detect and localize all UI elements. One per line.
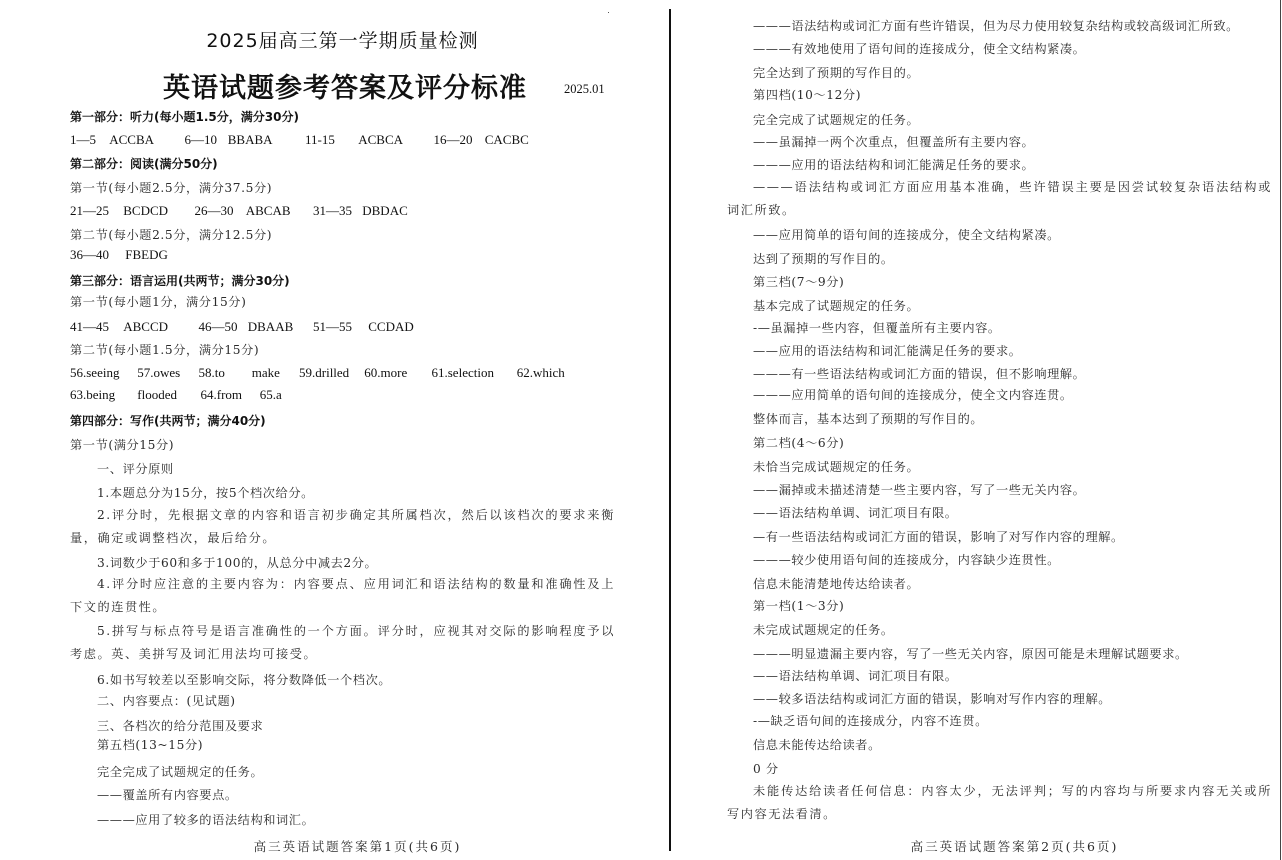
part2-heading: 第二部分：阅读(满分50分)	[70, 156, 218, 172]
grade5-item: ———应用了较多的语法结构和词汇。	[97, 812, 314, 828]
grades-heading: 三、各档次的给分范围及要求	[97, 718, 263, 734]
grade1-item: -—缺乏语句间的连接成分，内容不连贯。	[753, 713, 988, 729]
grade4-item: ———语法结构或词汇方面应用基本准确，些许错误主要是因尝试较复杂语法结构或词汇所…	[727, 176, 1272, 222]
part3-section2-answers-row1: 56.seeing 57.owes 58.to make 59.drilled …	[70, 365, 565, 381]
grade2-item: —有一些语法结构或词汇方面的错误，影响了对写作内容的理解。	[753, 529, 1124, 545]
page-divider	[669, 9, 671, 851]
rule-3: 3.词数少于60和多于100的，从总分中减去2分。	[97, 555, 377, 571]
part2-section1: 第一节(每小题2.5分，满分37.5分)	[70, 180, 272, 196]
grade3-item: ——应用的语法结构和词汇能满足任务的要求。	[753, 343, 1022, 359]
grade0-desc: 未能传达给读者任何信息：内容太少，无法评判；写的内容均与所要求内容无关或所写内容…	[727, 780, 1272, 826]
grade3-item: ———有一些语法结构或词汇方面的错误，但不影响理解。	[753, 366, 1085, 382]
grade4-item: ——虽漏掉一两个次重点，但覆盖所有主要内容。	[753, 134, 1034, 150]
part4-section1: 第一节(满分15分)	[70, 437, 174, 453]
part3-section2: 第二节(每小题1.5分，满分15分)	[70, 342, 259, 358]
page-footer: 高三英语试题答案第1页(共6页)	[70, 837, 645, 855]
grade2-item: 未恰当完成试题规定的任务。	[753, 459, 919, 475]
grade2-item: ——语法结构单调、词汇项目有限。	[753, 505, 958, 521]
grade4-title: 第四档(10～12分)	[753, 87, 861, 103]
grade5-item: ——覆盖所有内容要点。	[97, 787, 238, 803]
grade4-item: 达到了预期的写作目的。	[753, 251, 894, 267]
grade3-item: 整体而言，基本达到了预期的写作目的。	[753, 411, 983, 427]
grade2-title: 第二档(4～6分)	[753, 435, 844, 451]
part3-heading: 第三部分：语言运用(共两节；满分30分)	[70, 273, 290, 289]
part3-section2-answers-row2: 63.being flooded 64.from 65.a	[70, 387, 282, 403]
grade1-item: ——语法结构单调、词汇项目有限。	[753, 668, 958, 684]
exam-title: 2025届高三第一学期质量检测	[70, 26, 615, 53]
scan-artifact	[608, 12, 609, 13]
part2-section1-answers: 21—25 BCDCD 26—30 ABCAB 31—35 DBDAC	[70, 203, 408, 219]
rule-5: 5.拼写与标点符号是语言准确性的一个方面。评分时，应视其对交际的影响程度予以考虑…	[70, 620, 615, 666]
part4-heading: 第四部分：写作(共两节；满分40分)	[70, 413, 266, 429]
grade3-item: -—虽漏掉一些内容，但覆盖所有主要内容。	[753, 320, 1001, 336]
principles-heading: 一、评分原则	[97, 461, 174, 477]
grade5-item: 完全达到了预期的写作目的。	[753, 65, 919, 81]
page-1: 2025届高三第一学期质量检测 英语试题参考答案及评分标准 2025.01 第一…	[70, 0, 615, 860]
part2-section2-answers: 36—40 FBEDG	[70, 247, 168, 263]
grade4-item: 完全完成了试题规定的任务。	[753, 112, 919, 128]
page-footer: 高三英语试题答案第2页(共6页)	[727, 837, 1282, 855]
grade1-item: 未完成试题规定的任务。	[753, 622, 894, 638]
grade5-item: 完全完成了试题规定的任务。	[97, 764, 263, 780]
grade5-title: 第五档(13~15分)	[97, 737, 203, 753]
grade2-item: ———较少使用语句间的连接成分，内容缺少连贯性。	[753, 552, 1060, 568]
grade2-item: ——漏掉或未描述清楚一些主要内容，写了一些无关内容。	[753, 482, 1085, 498]
grade1-item: ———明显遗漏主要内容，写了一些无关内容，原因可能是未理解试题要求。	[753, 646, 1188, 662]
grade3-item: ———应用简单的语句间的连接成分，使全文内容连贯。	[753, 387, 1073, 403]
grade5-item: ———语法结构或词汇方面有些许错误，但为尽力使用较复杂结构或较高级词汇所致。	[753, 18, 1239, 34]
grade3-item: 基本完成了试题规定的任务。	[753, 298, 919, 314]
part2-section2: 第二节(每小题2.5分，满分12.5分)	[70, 227, 272, 243]
grade3-title: 第三档(7～9分)	[753, 274, 844, 290]
grade1-item: 信息未能传达给读者。	[753, 737, 881, 753]
part3-section1-answers: 41—45 ABCCD 46—50 DBAAB 51—55 CCDAD	[70, 319, 414, 335]
part1-heading: 第一部分：听力(每小题1.5分，满分30分)	[70, 109, 299, 125]
rule-6: 6.如书写较差以至影响交际，将分数降低一个档次。	[97, 672, 391, 688]
part3-section1: 第一节(每小题1分，满分15分)	[70, 294, 246, 310]
document-date: 2025.01	[564, 82, 605, 97]
grade0-title: 0 分	[753, 761, 779, 777]
content-points: 二、内容要点：(见试题)	[97, 693, 236, 709]
grade1-item: ——较多语法结构或词汇方面的错误，影响对写作内容的理解。	[753, 691, 1111, 707]
grade5-item: ———有效地使用了语句间的连接成分，使全文结构紧凑。	[753, 41, 1085, 57]
rule-4: 4.评分时应注意的主要内容为：内容要点、应用词汇和语法结构的数量和准确性及上下文…	[70, 573, 615, 619]
document-title: 英语试题参考答案及评分标准	[163, 66, 527, 105]
page-edge	[1280, 0, 1281, 860]
grade4-item: ——应用简单的语句间的连接成分，使全文结构紧凑。	[753, 227, 1060, 243]
grade2-item: 信息未能清楚地传达给读者。	[753, 576, 919, 592]
rule-1: 1.本题总分为15分，按5个档次给分。	[97, 485, 314, 501]
grade1-title: 第一档(1～3分)	[753, 598, 844, 614]
page-2: ———语法结构或词汇方面有些许错误，但为尽力使用较复杂结构或较高级词汇所致。 —…	[727, 0, 1272, 860]
grade4-item: ———应用的语法结构和词汇能满足任务的要求。	[753, 157, 1034, 173]
part1-answers: 1—5 ACCBA 6—10 BBABA 11-15 ACBCA 16—20 C…	[70, 132, 529, 148]
rule-2: 2.评分时，先根据文章的内容和语言初步确定其所属档次，然后以该档次的要求来衡量，…	[70, 504, 615, 550]
